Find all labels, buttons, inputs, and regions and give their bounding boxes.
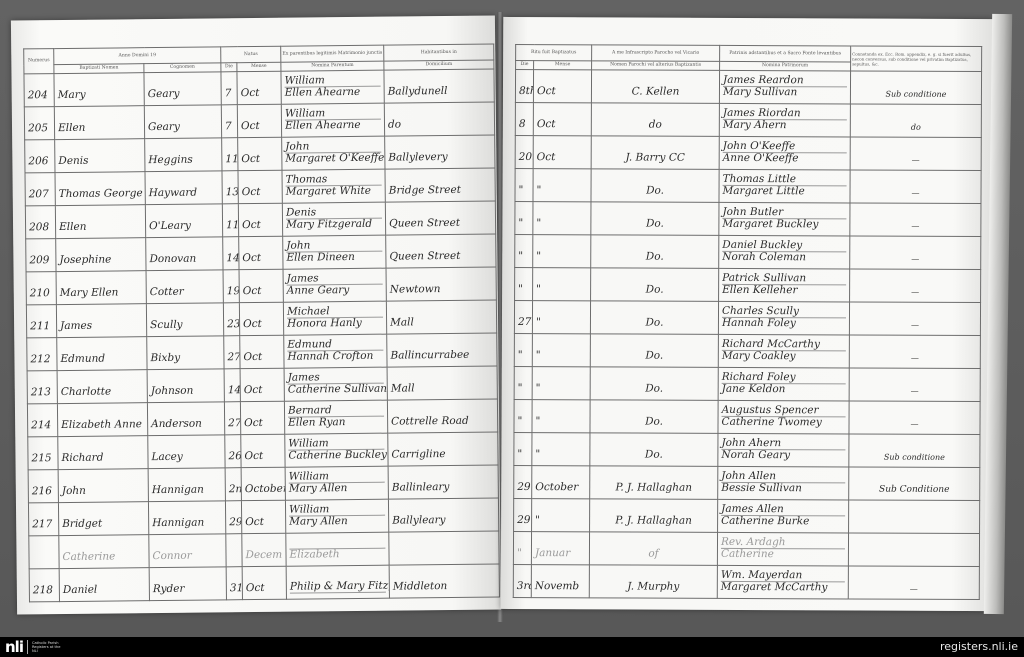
surname: Heggins: [145, 138, 222, 172]
baptized-name: Charlotte: [57, 370, 147, 404]
header-patrinis: Patrinis adstantibus et a Sacro Fonte le…: [720, 45, 851, 62]
sponsors: James RiordanMary Ahern: [719, 103, 850, 137]
surname: Johnson: [147, 369, 224, 403]
entry-number: 208: [25, 206, 55, 239]
baptized-name: Richard: [58, 436, 148, 470]
logo-divider: [27, 640, 28, 654]
note: Sub Conditione: [849, 467, 980, 501]
birth-month: Oct: [241, 500, 285, 533]
baptized-name: Ellen: [54, 106, 144, 140]
table-row: 207 Thomas George Hayward 13 Oct ThomasM…: [25, 168, 495, 206]
father: Philip & Mary Fitzgerald: [290, 581, 386, 594]
header-numerus: Numerus: [24, 49, 54, 74]
table-row: " " Do. Thomas LittleMargaret Little —: [515, 168, 981, 203]
birth-day: 19th: [223, 270, 239, 303]
table-row: 218 Daniel Ryder 31 Oct Philip & Mary Fi…: [29, 564, 499, 602]
sponsors: Richard FoleyJane Keldon: [718, 367, 849, 401]
header-mense: Mense: [534, 61, 592, 70]
mother: Mary Allen: [289, 516, 385, 528]
baptism-day: 29: [514, 465, 532, 498]
birth-month: Decem: [242, 533, 286, 566]
table-row: 211 James Scully 23rd Oct MichaelHonora …: [26, 300, 496, 338]
table-row: 29 " P. J. Hallaghan James AllenCatherin…: [514, 498, 980, 533]
parents: WilliamEllen Ahearne: [281, 70, 384, 104]
site-link[interactable]: registers.nli.ie: [940, 640, 1018, 653]
table-row: 20th Oct J. Barry CC John O'KeeffeAnne O…: [515, 135, 981, 170]
note: [849, 500, 980, 534]
baptized-name: Ellen: [55, 205, 145, 239]
header-ritu-fuit: Ritu fuit Baptizatus: [516, 44, 592, 60]
parents: JohnMargaret O'Keeffe: [282, 136, 385, 170]
priest: C. Kellen: [591, 70, 719, 104]
priest: Do.: [591, 202, 719, 236]
domicile: [389, 531, 499, 565]
baptism-month: ": [532, 367, 590, 400]
entry-number: 210: [26, 272, 56, 305]
sponsor-2: Margaret Buckley: [722, 219, 846, 231]
priest: J. Murphy: [589, 565, 717, 599]
table-row: 213 Charlotte Johnson 14th Oct JamesCath…: [27, 366, 497, 404]
surname: O'Leary: [145, 204, 222, 238]
birth-day: 11: [222, 204, 238, 237]
baptized-name: Elizabeth Anne: [57, 403, 147, 437]
note: —: [850, 137, 981, 171]
mother: Ellen Ahearne: [285, 120, 381, 132]
surname: Connor: [149, 534, 226, 568]
table-row-crossed-out: " Januar of Rev. ArdaghCatherine: [513, 531, 979, 566]
table-row-crossed-out: Catherine Connor Decem Elizabeth: [29, 531, 499, 569]
header-natus: Natus: [221, 46, 281, 63]
table-row: " " Do. John ButlerMargaret Buckley —: [515, 201, 981, 236]
domicile: Queen Street: [386, 234, 496, 268]
header-habitantibus: Habitantibus in: [384, 44, 494, 61]
table-row: " " Do. Daniel BuckleyNorah Coleman —: [515, 234, 981, 269]
priest: Do.: [591, 268, 719, 302]
sponsors: Patrick SullivanEllen Kelleher: [719, 268, 850, 302]
baptized-name: Thomas George: [55, 172, 145, 206]
baptism-month: ": [532, 301, 590, 334]
priest: of: [589, 532, 717, 566]
domicile: Mall: [387, 366, 497, 400]
table-row: 212 Edmund Bixby 27th Oct EdmundHannah C…: [27, 333, 497, 371]
table-row: 3rd Novemb J. Murphy Wm. MayerdanMargare…: [513, 564, 979, 599]
entry-number: [29, 536, 59, 569]
baptism-day: 29: [514, 498, 532, 531]
birth-month: Oct: [240, 401, 284, 434]
register-page-left: Numerus Anno Domini 19 Natus Ex parentib…: [11, 15, 501, 614]
baptism-month: ": [533, 169, 591, 202]
note: —: [848, 566, 979, 600]
surname: Hayward: [145, 171, 222, 205]
entry-number: 216: [28, 470, 58, 503]
header-mense: Mense: [237, 62, 281, 71]
sponsors: James ReardonMary Sullivan: [719, 70, 850, 104]
header-die: Die: [221, 63, 237, 72]
entry-number: 211: [26, 305, 56, 338]
surname: Ryder: [149, 567, 226, 601]
parents: Elizabeth: [286, 532, 389, 566]
table-row: 217 Bridget Hannigan 29 Oct WilliamMary …: [28, 498, 498, 536]
baptized-name: Bridget: [58, 502, 148, 536]
sponsor-2: Catherine Burke: [721, 516, 845, 528]
sponsor-2: Margaret McCarthy: [721, 582, 845, 594]
entry-number: 213: [27, 371, 57, 404]
mother: Ellen Dineen: [286, 252, 382, 264]
entry-number: 207: [25, 173, 55, 206]
birth-day: 13: [222, 171, 238, 204]
mother: Ellen Ryan: [288, 417, 384, 429]
note: Sub conditione: [850, 71, 981, 105]
domicile: Middleton: [389, 564, 499, 598]
nli-logo[interactable]: nli Catholic Parish Registers at the NLI: [5, 639, 66, 655]
entry-number: 205: [24, 107, 54, 140]
baptism-day: ": [514, 333, 532, 366]
mother: Mary Allen: [289, 483, 385, 495]
parents: WilliamEllen Ahearne: [281, 103, 384, 137]
domicile: Newtown: [386, 267, 496, 301]
table-row: 214 Elizabeth Anne Anderson 27th Oct Ber…: [27, 399, 497, 437]
baptism-month: Novemb: [531, 565, 589, 598]
entry-number: 215: [28, 437, 58, 470]
sponsors: John ButlerMargaret Buckley: [719, 202, 850, 236]
priest: P. J. Hallaghan: [590, 466, 718, 500]
surname: Donovan: [146, 237, 223, 271]
birth-day: [226, 534, 242, 567]
baptized-name: Catherine: [59, 535, 149, 569]
header-anno-domini: Anno Domini 19: [54, 47, 221, 65]
priest: Do.: [590, 433, 718, 467]
baptism-month: Oct: [533, 136, 591, 169]
entry-number: 212: [27, 338, 57, 371]
note: do: [850, 104, 981, 138]
domicile: Carrigline: [388, 432, 498, 466]
note: —: [850, 236, 981, 270]
header-die: Die: [516, 60, 534, 69]
sponsor-2: Anne O'Keeffe: [723, 153, 847, 165]
header-a-me: A me Infrascripto Parocho vel Vicario: [592, 45, 720, 62]
image-viewer[interactable]: Numerus Anno Domini 19 Natus Ex parentib…: [0, 0, 1024, 637]
birth-day: 14th: [224, 369, 240, 402]
priest: Do.: [590, 301, 718, 335]
mother: Honora Hanly: [287, 318, 383, 330]
table-row: " " Do. Richard McCarthyMary Coakley —: [514, 333, 980, 368]
parents: EdmundHannah Crofton: [284, 334, 387, 368]
table-row: 208 Ellen O'Leary 11 Oct DenisMary Fitzg…: [25, 201, 495, 239]
baptized-name: Mary: [54, 73, 144, 107]
note: —: [849, 302, 980, 336]
baptism-day: 8: [515, 102, 533, 135]
sponsors: Daniel BuckleyNorah Coleman: [719, 235, 850, 269]
register-page-right: Ritu fuit Baptizatus A me Infrascripto P…: [501, 17, 994, 611]
sponsor-2: Catherine Twomey: [722, 417, 846, 429]
sponsors: John O'KeeffeAnne O'Keeffe: [719, 136, 850, 170]
table-row: 29 October P. J. Hallaghan John AllenBes…: [514, 465, 980, 500]
baptized-name: Mary Ellen: [56, 271, 146, 305]
table-row: " " Do. John AhernNorah Geary Sub condit…: [514, 432, 980, 467]
surname: Hannigan: [148, 468, 225, 502]
birth-month: Oct: [239, 302, 283, 335]
table-row: " " Do. Augustus SpencerCatherine Twomey…: [514, 399, 980, 434]
birth-day: 27th: [224, 402, 240, 435]
priest: J. Barry CC: [591, 136, 719, 170]
mother: Margaret O'Keeffe: [285, 153, 381, 165]
sponsor-2: Mary Ahern: [723, 120, 847, 132]
birth-day: 2nd: [225, 468, 241, 501]
entry-number: 204: [24, 74, 54, 107]
baptism-month: October: [532, 466, 590, 499]
table-row: 27th " Do. Charles ScullyHannah Foley —: [514, 300, 980, 335]
birth-month: Oct: [238, 137, 282, 170]
surname: Cotter: [146, 270, 223, 304]
parents: WilliamCatherine Buckley: [285, 433, 388, 467]
domicile: Ballydunell: [384, 69, 494, 103]
baptism-month: ": [532, 433, 590, 466]
baptism-month: Januar: [531, 532, 589, 565]
birth-day: 11: [222, 138, 238, 171]
baptism-day: 3rd: [513, 564, 531, 597]
birth-month: Oct: [237, 71, 281, 104]
sponsor-2: Norah Coleman: [722, 252, 846, 264]
sponsor-2: Hannah Foley: [722, 318, 846, 330]
baptism-day: ": [515, 267, 533, 300]
sponsor-2: Norah Geary: [721, 450, 845, 462]
surname: Anderson: [147, 402, 224, 436]
table-row: 209 Josephine Donovan 14th Oct JohnEllen…: [26, 234, 496, 272]
baptism-day: ": [515, 234, 533, 267]
birth-day: 27th: [224, 336, 240, 369]
table-row: 204 Mary Geary 7 Oct WilliamEllen Ahearn…: [24, 69, 494, 107]
baptized-name: Edmund: [57, 337, 147, 371]
sponsors: Wm. MayerdanMargaret McCarthy: [717, 565, 848, 599]
sponsor-2: Margaret Little: [723, 186, 847, 198]
mother: Anne Geary: [287, 285, 383, 297]
baptism-day: ": [514, 432, 532, 465]
note: —: [849, 368, 980, 402]
note: —: [849, 401, 980, 435]
baptized-name: James: [56, 304, 146, 338]
birth-day: 14th: [223, 237, 239, 270]
parents: JamesAnne Geary: [283, 268, 386, 302]
sponsors: Rev. ArdaghCatherine: [717, 532, 848, 566]
domicile: Mall: [386, 300, 496, 334]
surname: Bixby: [147, 336, 224, 370]
baptism-day: ": [514, 366, 532, 399]
surname: Lacey: [148, 435, 225, 469]
baptism-day: 8th: [515, 69, 533, 102]
parents: JamesCatherine Sullivan: [284, 367, 387, 401]
birth-day: 31: [226, 567, 242, 600]
baptism-month: ": [533, 268, 591, 301]
sponsors: Thomas LittleMargaret Little: [719, 169, 850, 203]
baptism-table-left: Numerus Anno Domini 19 Natus Ex parentib…: [23, 43, 500, 602]
nli-logo-text: Catholic Parish Registers at the NLI: [32, 641, 66, 654]
baptism-day: ": [514, 399, 532, 432]
birth-month: Oct: [239, 269, 283, 302]
entry-number: 206: [25, 140, 55, 173]
baptized-name: John: [58, 469, 148, 503]
domicile: Ballyleary: [388, 498, 498, 532]
note: —: [850, 170, 981, 204]
mother: Catherine Buckley: [288, 450, 384, 462]
sponsor-2: Mary Coakley: [722, 351, 846, 363]
baptism-day: ": [515, 201, 533, 234]
surname: Geary: [144, 72, 221, 106]
baptism-day: ": [513, 531, 531, 564]
domicile: Queen Street: [385, 201, 495, 235]
sponsors: John AllenBessie Sullivan: [718, 466, 849, 500]
parents: WilliamMary Allen: [285, 466, 388, 500]
birth-month: Oct: [241, 434, 285, 467]
birth-month: Oct: [238, 203, 282, 236]
table-row: 8 Oct do James RiordanMary Ahern do: [515, 102, 981, 137]
entry-number: 218: [29, 569, 59, 602]
birth-month: Oct: [239, 236, 283, 269]
baptism-day: 20th: [515, 135, 533, 168]
birth-month: October: [241, 467, 285, 500]
baptism-month: ": [532, 400, 590, 433]
table-row: 215 Richard Lacey 26th Oct WilliamCather…: [28, 432, 498, 470]
birth-day: 7: [221, 105, 237, 138]
table-row: 206 Denis Heggins 11 Oct JohnMargaret O'…: [25, 135, 495, 173]
birth-month: Oct: [240, 335, 284, 368]
birth-month: Oct: [237, 104, 281, 137]
header-connotanda: Connotanda ex. Ecc. Rom. appendix, e. g.…: [851, 46, 982, 72]
entry-number: 214: [27, 404, 57, 437]
priest: Do.: [590, 334, 718, 368]
mother: Margaret White: [286, 186, 382, 198]
surname: Hannigan: [148, 501, 225, 535]
table-row: " " Do. Patrick SullivanEllen Kelleher —: [515, 267, 981, 302]
table-row: " " Do. Richard FoleyJane Keldon —: [514, 366, 980, 401]
birth-day: 7: [221, 72, 237, 105]
mother: Elizabeth: [289, 549, 385, 561]
sponsors: James AllenCatherine Burke: [718, 499, 849, 533]
surname: Geary: [144, 105, 221, 139]
birth-day: 26th: [225, 435, 241, 468]
sponsor-2: Ellen Kelleher: [722, 285, 846, 297]
baptism-month: Oct: [533, 70, 591, 103]
parents: Philip & Mary Fitzgerald: [286, 565, 389, 599]
parents: BernardEllen Ryan: [284, 400, 387, 434]
sponsors: Charles ScullyHannah Foley: [718, 301, 849, 335]
parents: DenisMary Fitzgerald: [282, 202, 385, 236]
baptized-name: Josephine: [56, 238, 146, 272]
mother: Hannah Crofton: [287, 351, 383, 363]
entry-number: 217: [28, 503, 58, 536]
mother: Mary Fitzgerald: [286, 219, 382, 231]
baptism-month: ": [532, 499, 590, 532]
header-ex-parentibus: Ex parentibus legitimis Matrimonio junct…: [281, 45, 384, 62]
birth-month: Oct: [240, 368, 284, 401]
domicile: Ballinleary: [388, 465, 498, 499]
priest: Do.: [590, 400, 718, 434]
baptism-month: ": [533, 202, 591, 235]
sponsors: Augustus SpencerCatherine Twomey: [718, 400, 849, 434]
baptism-month: ": [532, 334, 590, 367]
mother: Ellen Ahearne: [285, 87, 381, 99]
baptism-day: 27th: [514, 300, 532, 333]
note: —: [850, 203, 981, 237]
sponsors: John AhernNorah Geary: [718, 433, 849, 467]
parents: WilliamMary Allen: [285, 499, 388, 533]
note: [848, 533, 979, 567]
baptism-month: ": [533, 235, 591, 268]
entry-number: 209: [26, 239, 56, 272]
nli-logo-mark: nli: [5, 639, 23, 655]
table-row: 216 John Hannigan 2nd October WilliamMar…: [28, 465, 498, 503]
table-row: 210 Mary Ellen Cotter 19th Oct JamesAnne…: [26, 267, 496, 305]
baptism-table-right: Ritu fuit Baptizatus A me Infrascripto P…: [513, 44, 982, 600]
table-row: 205 Ellen Geary 7 Oct WilliamEllen Ahear…: [24, 102, 494, 140]
parents: JohnEllen Dineen: [283, 235, 386, 269]
sponsor-2: Mary Sullivan: [723, 87, 847, 99]
parents: MichaelHonora Hanly: [283, 301, 386, 335]
surname: Scully: [146, 303, 223, 337]
mother: Catherine Sullivan: [288, 384, 384, 396]
sponsors: Richard McCarthyMary Coakley: [718, 334, 849, 368]
priest: Do.: [591, 235, 719, 269]
birth-day: 29: [225, 501, 241, 534]
footer-bar: nli Catholic Parish Registers at the NLI…: [0, 637, 1024, 657]
birth-month: Oct: [242, 566, 286, 599]
priest: Do.: [591, 169, 719, 203]
baptism-month: Oct: [533, 103, 591, 136]
sponsor-2: Jane Keldon: [722, 384, 846, 396]
baptism-day: ": [515, 168, 533, 201]
table-row: 8th Oct C. Kellen James ReardonMary Sull…: [515, 69, 981, 104]
domicile: Ballylevery: [385, 135, 495, 169]
note: —: [849, 335, 980, 369]
domicile: Ballincurrabee: [387, 333, 497, 367]
sponsor-2: Catherine: [721, 549, 845, 561]
note: Sub conditione: [849, 434, 980, 468]
priest: P. J. Hallaghan: [590, 499, 718, 533]
priest: do: [591, 103, 719, 137]
note: —: [850, 269, 981, 303]
priest: Do.: [590, 367, 718, 401]
sponsor-2: Bessie Sullivan: [721, 483, 845, 495]
baptized-name: Denis: [55, 139, 145, 173]
birth-day: 23rd: [223, 303, 239, 336]
baptized-name: Daniel: [59, 568, 149, 602]
domicile: do: [384, 102, 494, 136]
domicile: Cottrelle Road: [387, 399, 497, 433]
birth-month: Oct: [238, 170, 282, 203]
parents: ThomasMargaret White: [282, 169, 385, 203]
domicile: Bridge Street: [385, 168, 495, 202]
